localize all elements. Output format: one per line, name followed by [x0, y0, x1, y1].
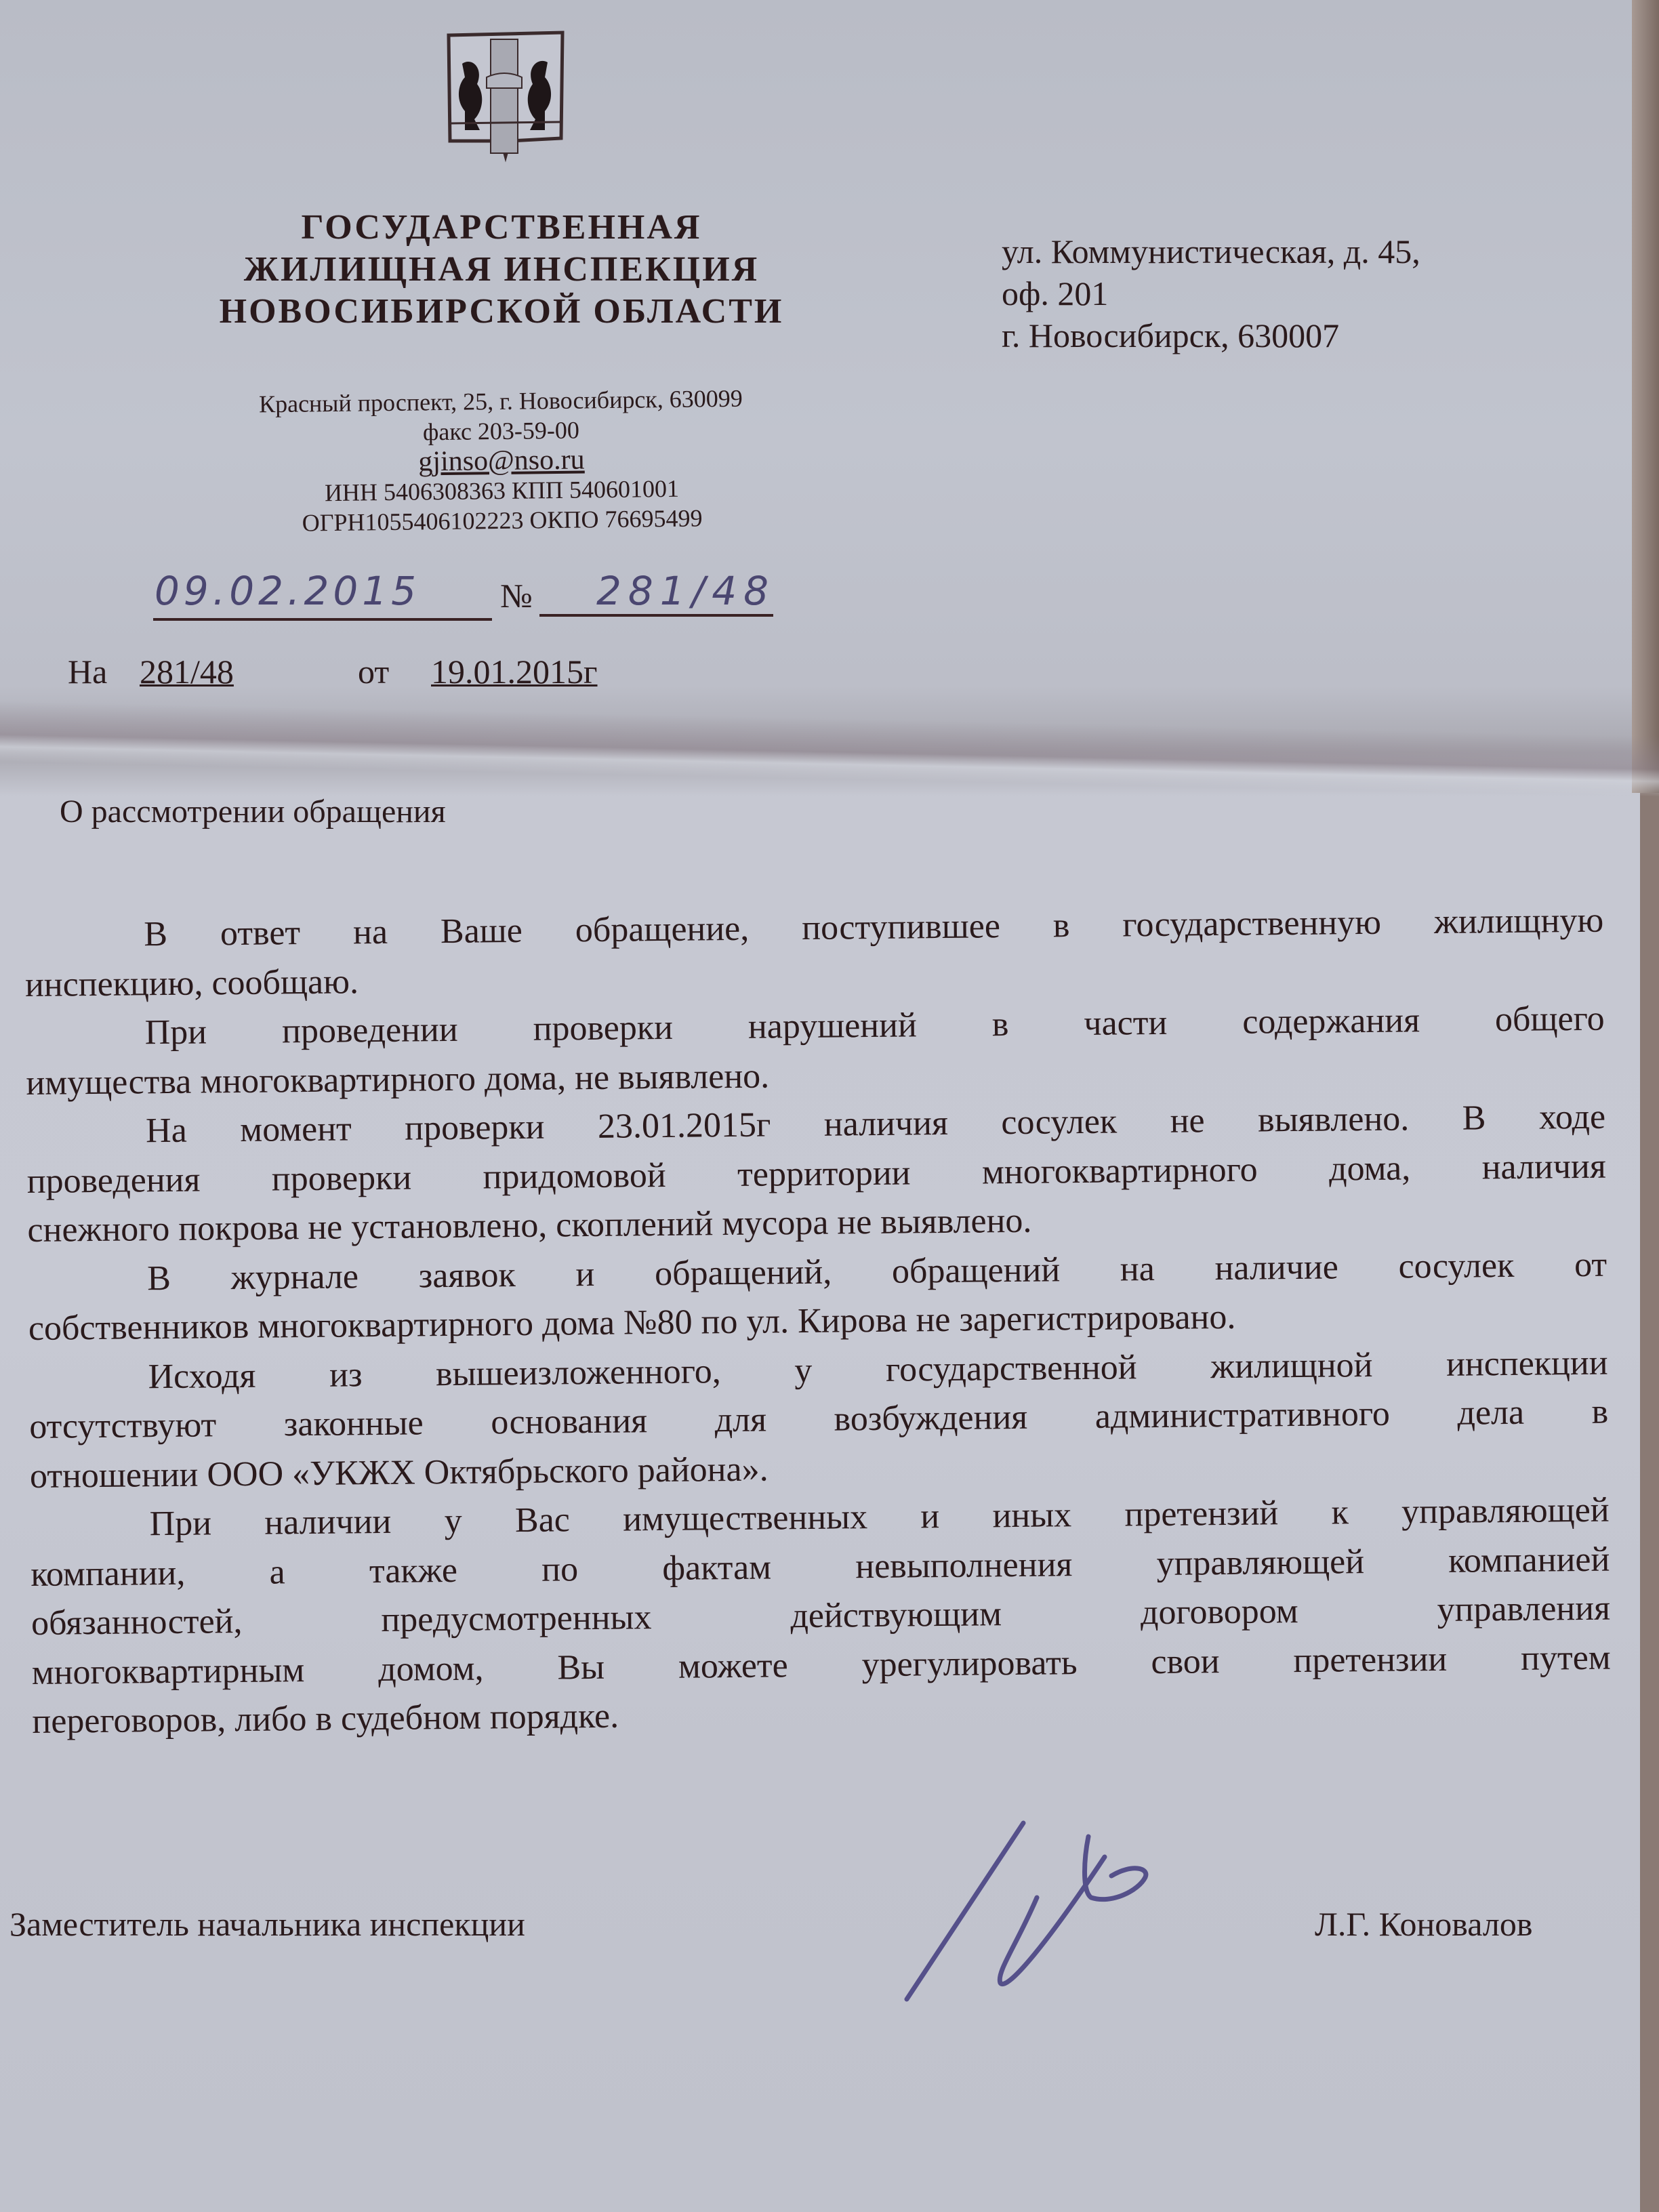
reference-ot-value: 19.01.2015г [431, 652, 598, 691]
recipient-line-2: оф. 201 [1002, 272, 1420, 314]
handwritten-signature-icon [881, 1796, 1328, 2020]
reference-na-label: На [68, 652, 107, 691]
coat-of-arms-icon [445, 30, 567, 172]
org-line-1: ГОСУДАРСТВЕННАЯ [176, 207, 827, 249]
number-underline [539, 614, 773, 617]
reference-date: 19.01.2015г [431, 653, 598, 691]
reference-ot-label: от [358, 652, 389, 691]
signatory-title: Заместитель начальника инспекции [9, 1904, 525, 1944]
date-underline [153, 618, 492, 621]
reference-na-value: 281/48 [140, 652, 234, 691]
letter-subject: О рассмотрении обращения [60, 793, 446, 830]
outgoing-date: 09.02.2015 [155, 568, 420, 614]
organization-name: ГОСУДАРСТВЕННАЯ ЖИЛИЩНАЯ ИНСПЕКЦИЯ НОВОС… [176, 207, 827, 333]
recipient-address: ул. Коммунистическая, д. 45, оф. 201 г. … [1002, 230, 1420, 356]
recipient-line-1: ул. Коммунистическая, д. 45, [1002, 230, 1420, 272]
signatory-name: Л.Г. Коновалов [1315, 1904, 1532, 1944]
reference-number: 281/48 [140, 653, 234, 691]
org-line-3: НОВОСИБИРСКОЙ ОБЛАСТИ [176, 291, 827, 333]
letterhead-contacts: Красный проспект, 25, г. Новосибирск, 63… [162, 382, 842, 539]
org-line-2: ЖИЛИЩНАЯ ИНСПЕКЦИЯ [176, 249, 827, 291]
number-label: № [500, 576, 533, 615]
paper-edge-shadow [1632, 0, 1659, 793]
recipient-line-3: г. Новосибирск, 630007 [1002, 314, 1420, 356]
outgoing-number: 281/48 [596, 568, 775, 614]
letter-body: В ответ на Ваше обращение, поступившее в… [24, 897, 1612, 1747]
